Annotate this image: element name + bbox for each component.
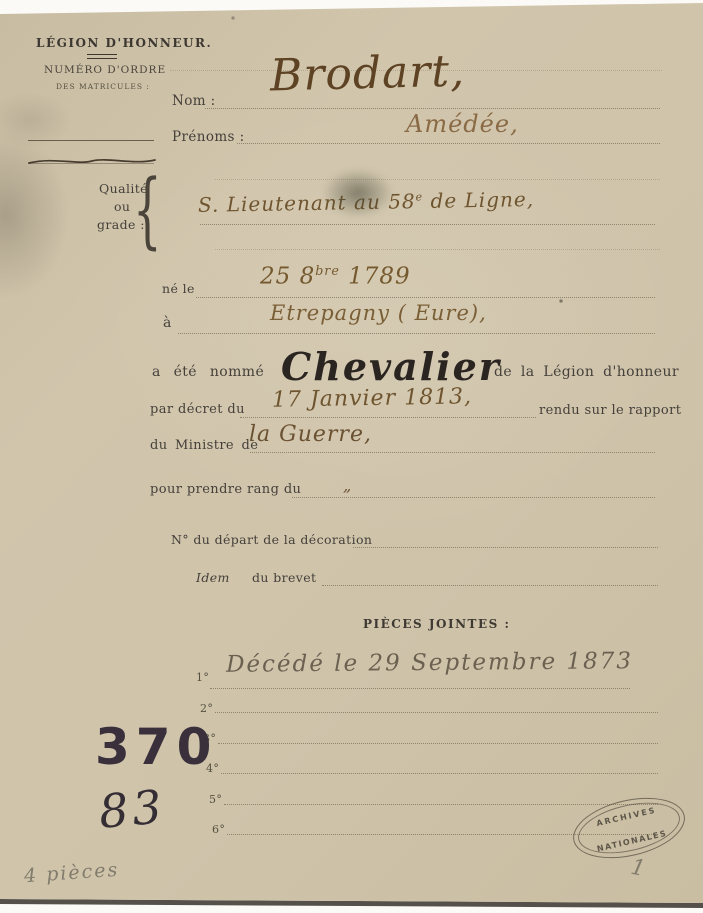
nom-label: Nom : [172,93,216,109]
qualite-rule-2 [200,224,655,225]
piece-rule-1 [210,688,630,689]
brace-glyph: { [133,170,162,252]
page-number: 1 [629,855,649,883]
piece-rule-3 [218,743,658,744]
nomination-title: Chevalier [281,344,501,389]
org-title: LÉGION D'HONNEUR. [36,36,212,50]
decret-value: 17 Janvier 1813, [272,384,472,412]
prenoms-label: Prénoms : [172,129,245,145]
rang-label: pour prendre rang du [150,482,301,497]
rang-ditto-mark: „ [343,476,352,495]
scanned-document: LÉGION D'HONNEUR. NUMÉRO D'ORDRE DES MAT… [0,0,703,913]
piece-item-number: 1° [196,671,209,684]
matricules-label: DES MATRICULES : [56,82,150,91]
nom-rule [205,108,660,109]
pieces-jointes-title: PIÈCES JOINTES : [363,617,510,631]
rang-rule [292,497,655,498]
handwritten-number: 83 [97,779,168,839]
lieu-value: Etrepagny ( Eure), [270,301,487,325]
piece-rule-4 [221,773,658,774]
prenoms-rule [237,143,660,144]
prenoms-value: Amédée, [406,110,519,138]
lieu-label: à [163,315,172,331]
ministre-value: la Guerre, [249,422,372,447]
brevet-rule [322,585,658,586]
piece-item-number: 2° [200,702,213,715]
pencil-note: 4 pièces [23,859,120,888]
nomination-prefix: a été nommé [152,364,264,380]
decret-label: par décret du [150,402,245,417]
title-underline [87,54,117,59]
ministre-label: du Ministre de [150,438,258,453]
qualite-rule-1 [215,179,660,180]
numero-ordre-label: NUMÉRO D'ORDRE [44,64,166,76]
ne-le-rule [196,297,655,298]
matricule-rule-1 [28,140,154,141]
ne-le-label: né le [162,281,195,296]
brevet-label: du brevet [252,570,316,585]
idem-label: Idem [196,570,230,585]
decret-suffix: rendu sur le rapport [539,403,681,418]
nom-value: Brodart, [269,45,465,101]
document-page: LÉGION D'HONNEUR. NUMÉRO D'ORDRE DES MAT… [0,0,703,913]
numbering-stamp: 370 [95,718,217,776]
piece-rule-2 [215,712,658,713]
piece-item-number: 6° [212,823,225,836]
depart-rule [353,547,658,548]
ministre-rule [250,452,655,453]
piece-rule-5 [224,804,658,805]
archives-nationales-stamp: ARCHIVES NATIONALES [567,788,691,868]
decret-rule [240,417,536,418]
depart-label: N° du départ de la décoration [171,532,372,547]
piece-item-value: Décédé le 29 Septembre 1873 [226,648,633,678]
lieu-rule [178,333,655,334]
ne-le-value: 25 8bre 1789 [260,263,411,290]
qualite-label-2: ou [114,199,130,214]
nomination-suffix: de la Légion d'honneur [494,364,679,380]
piece-item-number: 5° [209,793,222,806]
ink-smudge [322,168,394,218]
qualite-rule-3 [215,249,660,250]
